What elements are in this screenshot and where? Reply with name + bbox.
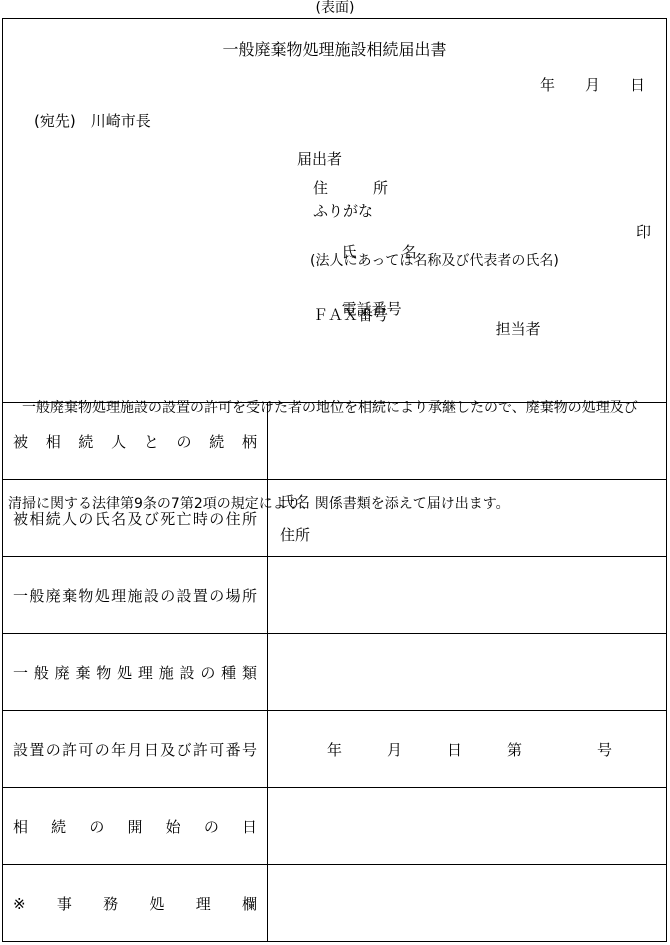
table-row-relationship-label: 被相続人との続柄 — [3, 403, 268, 480]
furigana-label: ふりがな — [313, 201, 373, 221]
table-row-inheritance-start-label: 相続の開始の日 — [3, 788, 268, 865]
form-outer-box: 一般廃棄物処理施設相続届出書 年 月 日 (宛先) 川崎市長 届出者 住 所 ふ… — [2, 18, 667, 942]
table-row-deceased-value: 氏名 住所 — [268, 480, 666, 557]
fax-field-label: ＦＡＸ番号 — [313, 305, 388, 325]
date-field: 年 月 日 — [540, 75, 645, 95]
deceased-name-label: 氏名 — [280, 491, 666, 512]
table-row-office-use-label: ※事務処理欄 — [3, 865, 268, 941]
addressee: (宛先) 川崎市長 — [34, 111, 151, 131]
table-row-inheritance-start-value — [268, 788, 666, 865]
table-row-facility-type-label: 一般廃棄物処理施設の種類 — [3, 634, 268, 711]
form-page: (表面) 一般廃棄物処理施設相続届出書 年 月 日 (宛先) 川崎市長 届出者 … — [0, 0, 670, 945]
corporate-note: (法人にあっては名称及び代表者の氏名) — [310, 251, 559, 271]
page-side-label: (表面) — [0, 0, 670, 17]
deceased-address-label: 住所 — [280, 524, 666, 545]
table-row-facility-type-value — [268, 634, 666, 711]
form-table: 被相続人との続柄 被相続人の氏名及び死亡時の住所 氏名 住所 一般廃棄物処理施設… — [3, 402, 666, 941]
table-row-facility-location-label: 一般廃棄物処理施設の設置の場所 — [3, 557, 268, 634]
table-row-facility-location-value — [268, 557, 666, 634]
notifier-label: 届出者 — [297, 149, 342, 169]
table-row-permit-value: 年 月 日 第 号 — [268, 711, 666, 788]
address-field-label: 住 所 — [313, 178, 388, 198]
form-title: 一般廃棄物処理施設相続届出書 — [3, 40, 666, 60]
table-row-office-use-value — [268, 865, 666, 941]
table-row-deceased-label: 被相続人の氏名及び死亡時の住所 — [3, 480, 268, 557]
table-row-permit-label: 設置の許可の年月日及び許可番号 — [3, 711, 268, 788]
seal-mark: 印 — [636, 222, 651, 242]
table-row-relationship-value — [268, 403, 666, 480]
